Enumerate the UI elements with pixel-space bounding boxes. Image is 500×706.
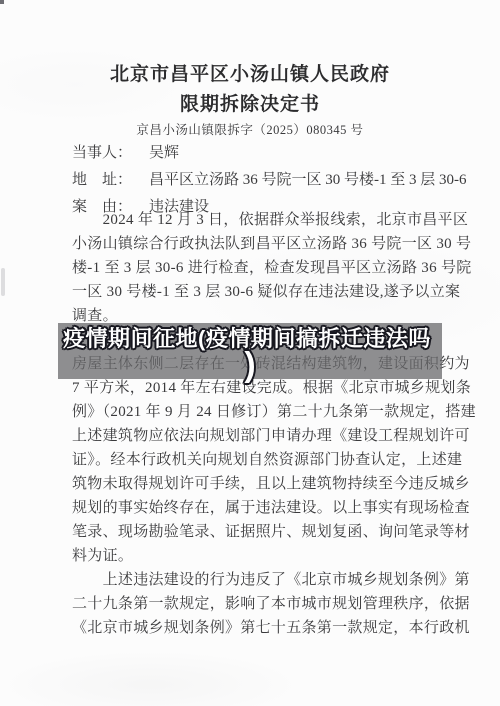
field-value: 昌平区立汤路 36 号院一区 30 号楼-1 至 3 层 30-6 <box>149 167 467 194</box>
document-title-line1: 北京市昌平区小汤山镇人民政府 <box>0 60 500 90</box>
body-line: 规划的事实始终存在，属于违法建设。以上事实有现场检查 <box>72 496 438 520</box>
body-line: 筑物未取得规划许可手续，且以上建筑物持续至今违反城乡 <box>72 472 438 496</box>
body-line: 小汤山镇综合行政执法队到昌平区立汤路 36 号院一区 30 号 <box>72 232 438 256</box>
body-line: 《北京市城乡规划条例》第七十五条第一款规定，本行政机 <box>72 616 438 640</box>
scan-corner-mark <box>0 0 4 4</box>
watermark-text-line2: ) <box>58 352 442 378</box>
body-line: 证》。经本行政机关向规划自然资源部门协查认定，上述建 <box>72 448 438 472</box>
document-number: 京昌小汤山镇限拆字（2025）080345 号 <box>0 120 500 138</box>
body-line: 楼-1 至 3 层 30-6 进行检查，检查发现昌平区立汤路 36 号院 <box>72 256 438 280</box>
body-line: 上述违法建设的行为违反了《北京市城乡规划条例》第 <box>72 568 438 592</box>
scan-smudge <box>1 268 5 296</box>
body-line: 上述建筑物应依法向规划部门申请办理《建设工程规划许可 <box>72 424 438 448</box>
document-body: 2024 年 12 月 3 日，依据群众举报线索，北京市昌平区小汤山镇综合行政执… <box>72 208 438 640</box>
watermark-banner: 疫情期间征地(疫情期间搞拆迁违法吗 ) <box>58 323 442 379</box>
body-line: 二十九条第一款规定，影响了本市城市规划管理秩序，依据 <box>72 592 438 616</box>
field-value: 吴辉 <box>149 140 179 167</box>
field-label: 当事人： <box>72 140 132 167</box>
scanned-document-page: 北京市昌平区小汤山镇人民政府 限期拆除决定书 京昌小汤山镇限拆字（2025）08… <box>0 0 500 706</box>
body-line: 笔录、现场勘验笔录、证据照片、规划复函、询问笔录等材 <box>72 520 438 544</box>
body-line: 料为证。 <box>72 544 438 568</box>
field-label: 地 址： <box>72 167 132 194</box>
document-title: 北京市昌平区小汤山镇人民政府 限期拆除决定书 <box>0 60 500 120</box>
document-title-line2: 限期拆除决定书 <box>0 90 500 120</box>
field-row: 地 址：昌平区立汤路 36 号院一区 30 号楼-1 至 3 层 30-6 <box>72 167 452 194</box>
body-line: 一区 30 号楼-1 至 3 层 30-6 疑似存在违法建设,遂予以立案 <box>72 280 438 304</box>
field-row: 当事人：吴辉 <box>72 140 452 167</box>
body-line: 例》（2021 年 9 月 24 日修订）第二十九条第一款规定，搭建 <box>72 400 438 424</box>
body-line: 2024 年 12 月 3 日，依据群众举报线索，北京市昌平区 <box>72 208 438 232</box>
